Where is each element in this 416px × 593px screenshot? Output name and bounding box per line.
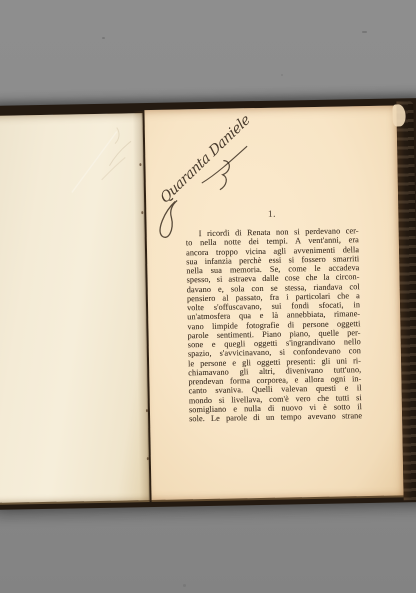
dust-speck <box>281 74 283 76</box>
page-crease-marks <box>0 113 145 256</box>
body-text-line: sole. Le parole di un tempo avevano stra… <box>189 411 362 423</box>
dust-speck <box>362 31 367 33</box>
signature-name: Quaranta Daniele <box>158 112 253 207</box>
dust-speck <box>102 37 105 39</box>
body-text: I ricordi di Renata non si perdevano cer… <box>186 226 363 423</box>
page-corner <box>392 104 405 126</box>
photo-background: Quaranta Daniele 1. I ricordi di Renata … <box>0 0 416 593</box>
right-page: Quaranta Daniele 1. I ricordi di Renata … <box>144 105 403 500</box>
dust-speck <box>183 584 186 587</box>
left-page <box>0 113 150 503</box>
book: Quaranta Daniele 1. I ricordi di Renata … <box>0 98 416 510</box>
chapter-number: 1. <box>185 208 358 221</box>
